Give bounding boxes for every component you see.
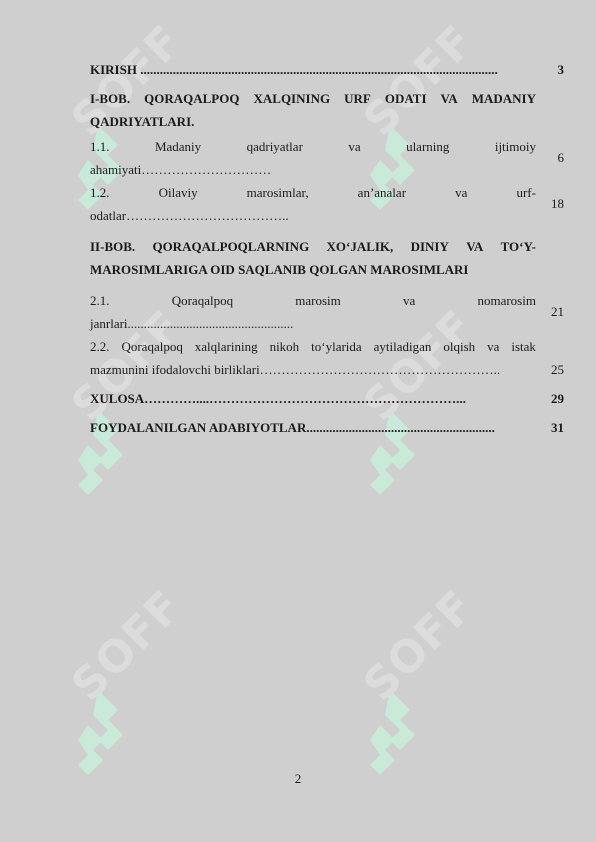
toc-page-number: 6: [558, 150, 565, 166]
toc-entry-line: odatlar………………………………..: [90, 204, 536, 227]
toc-page-number: 29: [551, 391, 564, 407]
word: MADANIY: [472, 87, 536, 110]
toc-entry-title: KIRISH: [90, 62, 137, 77]
word: ularning: [406, 135, 449, 158]
word: marosimlar,: [247, 181, 309, 204]
word: Qoraqalpoq: [121, 335, 182, 358]
toc-page-number: 21: [551, 304, 564, 320]
word: qadriyatlar: [247, 135, 303, 158]
word: urf-: [516, 181, 536, 204]
page-number: 2: [0, 771, 596, 787]
word: xalqlarining: [195, 335, 258, 358]
word: nomarosim: [477, 289, 536, 312]
word: URF: [344, 87, 371, 110]
soff-logo-icon: [370, 680, 430, 780]
word: va: [403, 289, 415, 312]
toc-entry-xulosa[interactable]: XULOSA…………....…………………………………………………... 29: [90, 387, 566, 410]
toc-entry-line: mazmunini ifodalovchi birliklari………………………: [90, 358, 536, 381]
word: DINIY: [411, 235, 449, 258]
word: nikoh: [270, 335, 300, 358]
word: marosim: [295, 289, 341, 312]
toc-heading-line: II-BOB.QORAQALPOQLARNINGXO‘JALIK,DINIYVA…: [90, 235, 536, 258]
toc-entry-line: 2.2.Qoraqalpoqxalqlariningnikohto‘ylarid…: [90, 335, 536, 358]
toc-page-number: 25: [551, 362, 564, 378]
word: 2.1.: [90, 289, 110, 312]
toc-heading-line: QADRIYATLARI.: [90, 110, 536, 133]
toc-entry-line: 1.1.Madaniyqadriyatlarvaularningijtimoiy: [90, 135, 536, 158]
toc-entry-2-2[interactable]: 2.2.Qoraqalpoqxalqlariningnikohto‘ylarid…: [90, 335, 566, 381]
word: TO‘Y-: [501, 235, 536, 258]
word: VA: [466, 235, 483, 258]
word: ijtimoiy: [495, 135, 536, 158]
word: XO‘JALIK,: [326, 235, 393, 258]
watermark: SOFF: [78, 620, 248, 790]
toc-page-number: 3: [558, 62, 565, 78]
watermark-text: SOFF: [62, 581, 192, 711]
word: Qoraqalpoq: [172, 289, 233, 312]
toc-entry-2-1[interactable]: 2.1.Qoraqalpoqmarosimvanomarosim janrlar…: [90, 289, 566, 335]
toc-page-number: 18: [551, 196, 564, 212]
table-of-contents: KIRISH .................................…: [90, 58, 566, 439]
toc-chapter-1-heading[interactable]: I-BOB.QORAQALPOQXALQININGURFODATIVAMADAN…: [90, 87, 566, 133]
word: ODATI: [385, 87, 427, 110]
word: to‘ylarida: [311, 335, 362, 358]
word: XALQINING: [254, 87, 331, 110]
word: Oilaviy: [159, 181, 198, 204]
word: QORAQALPOQ: [144, 87, 239, 110]
toc-entry-adabiyotlar[interactable]: FOYDALANILGAN ADABIYOTLAR...............…: [90, 416, 566, 439]
toc-entry-1-1[interactable]: 1.1.Madaniyqadriyatlarvaularningijtimoiy…: [90, 135, 566, 181]
word: II-BOB.: [90, 235, 135, 258]
toc-leader-dots: ........................................…: [140, 62, 498, 77]
document-page: SOFF SOFF SOFF SOFF SOFF SOFF: [0, 0, 596, 842]
toc-entry-line: janrlari................................…: [90, 312, 536, 335]
toc-chapter-2-heading[interactable]: II-BOB.QORAQALPOQLARNINGXO‘JALIK,DINIYVA…: [90, 235, 566, 281]
toc-entry-line: 1.2.Oilaviymarosimlar,an’analarvaurf-: [90, 181, 536, 204]
watermark: SOFF: [370, 620, 540, 790]
toc-entry-title: XULOSA…………....…………………………………………………...: [90, 387, 536, 410]
word: I-BOB.: [90, 87, 130, 110]
word: an’analar: [358, 181, 406, 204]
word: va: [487, 335, 499, 358]
soff-logo-icon: [78, 680, 138, 780]
word: VA: [441, 87, 458, 110]
word: aytiladigan: [374, 335, 432, 358]
toc-entry-1-2[interactable]: 1.2.Oilaviymarosimlar,an’analarvaurf- od…: [90, 181, 566, 227]
toc-entry-line: ahamiyati…………………………: [90, 158, 536, 181]
toc-heading-line: I-BOB.QORAQALPOQXALQININGURFODATIVAMADAN…: [90, 87, 536, 110]
toc-page-number: 31: [551, 420, 564, 436]
word: Madaniy: [155, 135, 201, 158]
toc-heading-line: MAROSIMLARIGA OID SAQLANIB QOLGAN MAROSI…: [90, 258, 536, 281]
word: istak: [511, 335, 536, 358]
toc-entry-title: FOYDALANILGAN ADABIYOTLAR...............…: [90, 416, 536, 439]
toc-entry-line: 2.1.Qoraqalpoqmarosimvanomarosim: [90, 289, 536, 312]
word: va: [348, 135, 360, 158]
toc-entry-kirish[interactable]: KIRISH .................................…: [90, 58, 566, 81]
word: 1.2.: [90, 181, 110, 204]
word: va: [455, 181, 467, 204]
word: QORAQALPOQLARNING: [152, 235, 309, 258]
word: olqish: [443, 335, 475, 358]
watermark-text: SOFF: [354, 581, 484, 711]
word: 1.1.: [90, 135, 110, 158]
word: 2.2.: [90, 335, 110, 358]
